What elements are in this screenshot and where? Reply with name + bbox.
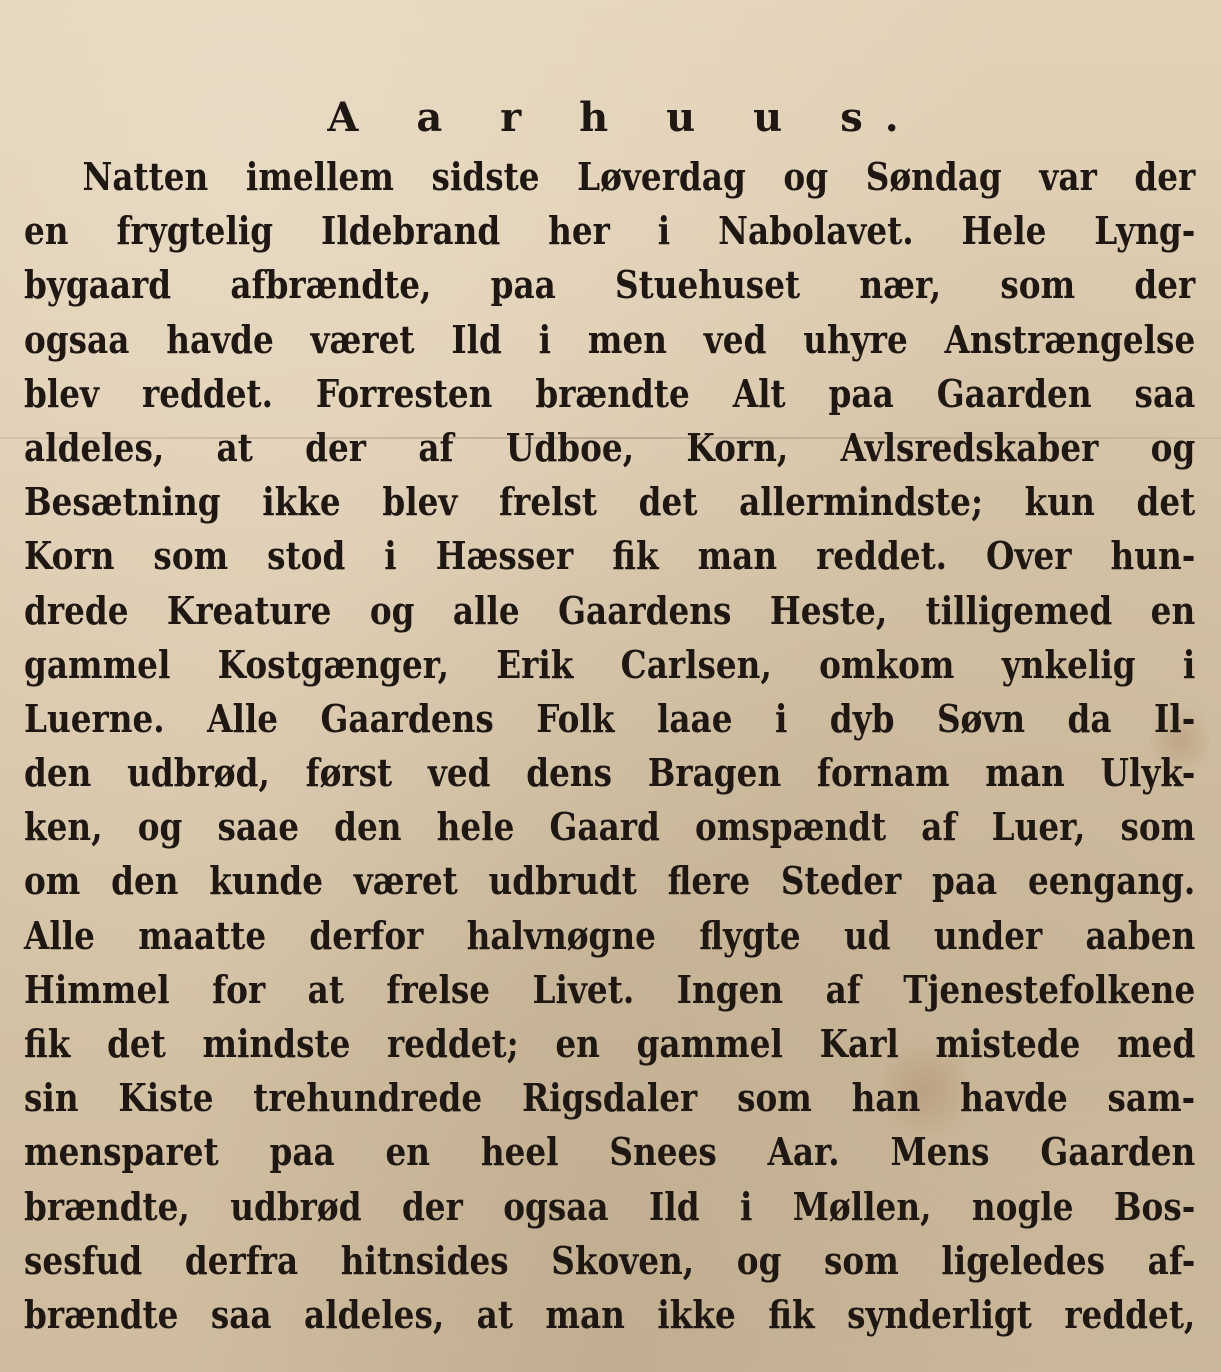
word: Tjenestefolkene <box>903 963 1195 1017</box>
word: sesfud <box>24 1234 142 1288</box>
word: det <box>1136 475 1195 529</box>
text-line: ogsaahavdeværetIldimenveduhyreAnstrængel… <box>24 313 1195 367</box>
text-line: fikdetmindstereddet;engammelKarlmistedem… <box>24 1017 1195 1071</box>
word: drede <box>24 584 129 638</box>
word: ved <box>428 746 491 800</box>
word: ved <box>704 313 767 367</box>
word: Gaardens <box>558 584 731 638</box>
word: blev <box>382 475 457 529</box>
word: derfra <box>185 1234 298 1288</box>
word: Heste, <box>770 584 887 638</box>
word: som <box>824 1234 899 1288</box>
word: her <box>548 204 610 258</box>
word: udbrød <box>230 1180 361 1234</box>
word: gammel <box>637 1017 783 1071</box>
word: en <box>24 204 69 258</box>
word: tilligemed <box>926 584 1113 638</box>
word: i <box>539 313 551 367</box>
text-line: gammelKostgænger,ErikCarlsen,omkomynkeli… <box>24 638 1195 692</box>
text-line: NattenimellemsidsteLøverdagogSøndagvarde… <box>24 150 1195 204</box>
word: paa <box>829 367 894 421</box>
word: Rigsdaler <box>522 1071 697 1125</box>
text-line: HimmelforatfrelseLivet.IngenafTjenestefo… <box>24 963 1195 1017</box>
word: brændte <box>24 1288 178 1342</box>
word: reddet. <box>142 367 273 421</box>
word: Lyng- <box>1094 204 1195 258</box>
text-line: sinKistetrehundredeRigsdalersomhanhavdes… <box>24 1071 1195 1125</box>
word: flere <box>668 854 751 908</box>
word: at <box>308 963 344 1017</box>
word: udbrudt <box>488 854 636 908</box>
word: Besætning <box>24 475 221 529</box>
word: Kreature <box>167 584 331 638</box>
article: A a r h u u s. NattenimellemsidsteLøverd… <box>24 88 1194 1342</box>
word: Gaarden <box>1040 1125 1195 1179</box>
word: derfor <box>309 909 423 963</box>
text-line: Luerne.AlleGaardensFolklaaeidybSøvndaIl- <box>24 692 1195 746</box>
word: hun- <box>1110 529 1195 583</box>
word: af- <box>1148 1234 1196 1288</box>
word: da <box>1068 692 1112 746</box>
word: havde <box>960 1071 1068 1125</box>
word: hele <box>437 800 515 854</box>
word: at <box>217 421 253 475</box>
word: Mens <box>890 1125 989 1179</box>
word: som <box>1000 258 1075 312</box>
word: Snees <box>609 1125 716 1179</box>
text-line: omdenkundeværetudbrudtflereStederpaaeeng… <box>24 854 1195 908</box>
word: fik <box>768 1288 814 1342</box>
word: Alle <box>207 692 278 746</box>
word: Alle <box>24 909 95 963</box>
text-line: sesfudderfrahitnsidesSkoven,ogsomligeled… <box>24 1234 1195 1288</box>
word: Hele <box>962 204 1047 258</box>
word: dens <box>526 746 612 800</box>
word: nær, <box>859 258 941 312</box>
word: nogle <box>972 1180 1074 1234</box>
word: en <box>1151 584 1196 638</box>
word: der <box>402 1180 463 1234</box>
word: og <box>370 584 415 638</box>
word: været <box>311 313 415 367</box>
word: ligeledes <box>941 1234 1105 1288</box>
word: Gaarden <box>937 367 1092 421</box>
word: en <box>385 1125 430 1179</box>
word: var <box>1039 150 1096 204</box>
word: i <box>658 204 670 258</box>
word: i <box>384 529 396 583</box>
word: Stuehuset <box>615 258 800 312</box>
word: i <box>775 692 787 746</box>
word: allermindste; <box>739 475 983 529</box>
word: den <box>24 746 91 800</box>
word: flygte <box>699 909 800 963</box>
word: Kiste <box>118 1071 213 1125</box>
word: aaben <box>1086 909 1196 963</box>
word: Søvn <box>937 692 1025 746</box>
word: han <box>852 1071 921 1125</box>
word: Erik <box>496 638 573 692</box>
word: Il- <box>1154 692 1195 746</box>
word: ogsaa <box>503 1180 608 1234</box>
word: Steder <box>781 854 901 908</box>
word: Avlsredskaber <box>841 421 1099 475</box>
word: laae <box>657 692 733 746</box>
word: som <box>153 529 228 583</box>
word: Folk <box>536 692 614 746</box>
word: Ild <box>649 1180 700 1234</box>
text-line: aldeles,atderafUdboe,Korn,Avlsredskabero… <box>24 421 1195 475</box>
word: saa <box>211 1288 272 1342</box>
word: været <box>354 854 458 908</box>
word: eengang. <box>1028 854 1195 908</box>
word: saae <box>217 800 299 854</box>
word: Livet. <box>533 963 635 1017</box>
word: paa <box>269 1125 334 1179</box>
word: man <box>698 529 778 583</box>
word: ikke <box>657 1288 736 1342</box>
word: Aar. <box>768 1125 840 1179</box>
word: den <box>111 854 178 908</box>
word: en <box>555 1017 600 1071</box>
word: fik <box>612 529 658 583</box>
word: paa <box>491 258 556 312</box>
word: omkom <box>819 638 954 692</box>
word: under <box>934 909 1042 963</box>
text-line: blevreddet.ForrestenbrændteAltpaaGaarden… <box>24 367 1195 421</box>
text-line: Allemaattederforhalvnøgneflygteudunderaa… <box>24 909 1195 963</box>
word: Bos- <box>1114 1180 1195 1234</box>
word: og <box>737 1234 782 1288</box>
word: ken, <box>24 800 103 854</box>
word: Korn <box>24 529 114 583</box>
word: og <box>783 150 828 204</box>
text-line: mensparetpaaenheelSneesAar.MensGaarden <box>24 1125 1195 1179</box>
text-line: denudbrød,førstveddensBragenfornammanUly… <box>24 746 1195 800</box>
word: som <box>737 1071 812 1125</box>
word: Anstrængelse <box>945 313 1196 367</box>
word: havde <box>166 313 274 367</box>
word: først <box>306 746 393 800</box>
word: om <box>24 854 80 908</box>
word: Kostgænger, <box>218 638 449 692</box>
word: maatte <box>138 909 266 963</box>
word: Natten <box>82 150 208 204</box>
word: reddet; <box>387 1017 519 1071</box>
word: at <box>477 1288 513 1342</box>
word: mistede <box>936 1017 1081 1071</box>
word: Møllen, <box>793 1180 932 1234</box>
word: det <box>107 1017 166 1071</box>
word: i <box>740 1180 752 1234</box>
word: sin <box>24 1071 79 1125</box>
word: Ildebrand <box>321 204 500 258</box>
word: afbrændte, <box>230 258 431 312</box>
word: Skoven, <box>551 1234 694 1288</box>
word: trehundrede <box>253 1071 482 1125</box>
word: brændte <box>535 367 689 421</box>
article-heading: A a r h u u s. <box>54 88 1194 150</box>
word: ynkelig <box>1002 638 1136 692</box>
word: Ulyk- <box>1101 746 1196 800</box>
word: Karl <box>820 1017 899 1071</box>
word: Gaard <box>550 800 660 854</box>
word: aldeles, <box>304 1288 444 1342</box>
word: af <box>921 800 956 854</box>
text-line: ken,ogsaaedenheleGaardomspændtafLuer,som <box>24 800 1195 854</box>
word: sidste <box>432 150 540 204</box>
word: paa <box>932 854 997 908</box>
word: Carlsen, <box>621 638 772 692</box>
word: ogsaa <box>24 313 129 367</box>
word: dyb <box>830 692 895 746</box>
article-body: NattenimellemsidsteLøverdagogSøndagvarde… <box>24 150 1194 1342</box>
word: Over <box>986 529 1071 583</box>
word: hitnsides <box>341 1234 509 1288</box>
word: omspændt <box>695 800 886 854</box>
word: der <box>1134 258 1195 312</box>
word: sam- <box>1108 1071 1196 1125</box>
word: Luer, <box>992 800 1086 854</box>
word: og <box>1151 421 1196 475</box>
word: ikke <box>262 475 341 529</box>
word: Bragen <box>648 746 781 800</box>
word: Gaardens <box>321 692 494 746</box>
word: Ingen <box>677 963 783 1017</box>
word: saa <box>1135 367 1196 421</box>
word: fik <box>24 1017 70 1071</box>
word: kun <box>1025 475 1095 529</box>
word: kunde <box>209 854 323 908</box>
word: Luerne. <box>24 692 165 746</box>
word: Nabolavet. <box>718 204 914 258</box>
word: frelse <box>386 963 490 1017</box>
word: med <box>1117 1017 1195 1071</box>
word: ud <box>844 909 891 963</box>
word: Korn, <box>686 421 788 475</box>
text-line: bygaardafbrændte,paaStuehusetnær,somder <box>24 258 1195 312</box>
word: gammel <box>24 638 170 692</box>
word: men <box>588 313 667 367</box>
word: uhyre <box>803 313 908 367</box>
word: frelst <box>499 475 597 529</box>
text-line: Besætningikkeblevfrelstdetallermindste;k… <box>24 475 1195 529</box>
text-line: KornsomstodiHæsserfikmanreddet.Overhun- <box>24 529 1195 583</box>
word: Løverdag <box>577 150 746 204</box>
word: aldeles, <box>24 421 164 475</box>
text-line: brændtesaaaldeles,atmanikkefiksynderligt… <box>24 1288 1195 1342</box>
word: Alt <box>733 367 786 421</box>
word: frygtelig <box>116 204 273 258</box>
word: alle <box>453 584 520 638</box>
word: af <box>418 421 453 475</box>
newspaper-page: A a r h u u s. NattenimellemsidsteLøverd… <box>0 0 1221 1372</box>
word: stod <box>267 529 345 583</box>
word: Forresten <box>316 367 492 421</box>
word: reddet, <box>1064 1288 1195 1342</box>
word: Himmel <box>24 963 170 1017</box>
word: Udboe, <box>506 421 634 475</box>
text-line: brændte,udbrødderogsaaIldiMøllen,nogleBo… <box>24 1180 1195 1234</box>
word: i <box>1183 638 1195 692</box>
word: for <box>212 963 265 1017</box>
word: Søndag <box>866 150 1002 204</box>
word: og <box>138 800 183 854</box>
word: Hæsser <box>436 529 574 583</box>
word: den <box>334 800 401 854</box>
word: udbrød, <box>127 746 270 800</box>
word: mindste <box>202 1017 350 1071</box>
word: mensparet <box>24 1125 219 1179</box>
word: reddet. <box>816 529 947 583</box>
word: man <box>985 746 1065 800</box>
word: fornam <box>817 746 950 800</box>
word: halvnøgne <box>467 909 656 963</box>
word: man <box>545 1288 625 1342</box>
word: brændte, <box>24 1180 190 1234</box>
word: Ild <box>451 313 502 367</box>
text-line: dredeKreatureogalleGaardensHeste,tillige… <box>24 584 1195 638</box>
word: blev <box>24 367 99 421</box>
text-line: enfrygteligIldebrandheriNabolavet.HeleLy… <box>24 204 1195 258</box>
word: synderligt <box>847 1288 1032 1342</box>
word: der <box>305 421 366 475</box>
word: det <box>639 475 698 529</box>
word: bygaard <box>24 258 171 312</box>
word: der <box>1134 150 1195 204</box>
word: imellem <box>246 150 394 204</box>
word: af <box>826 963 861 1017</box>
word: som <box>1120 800 1195 854</box>
word: heel <box>481 1125 559 1179</box>
